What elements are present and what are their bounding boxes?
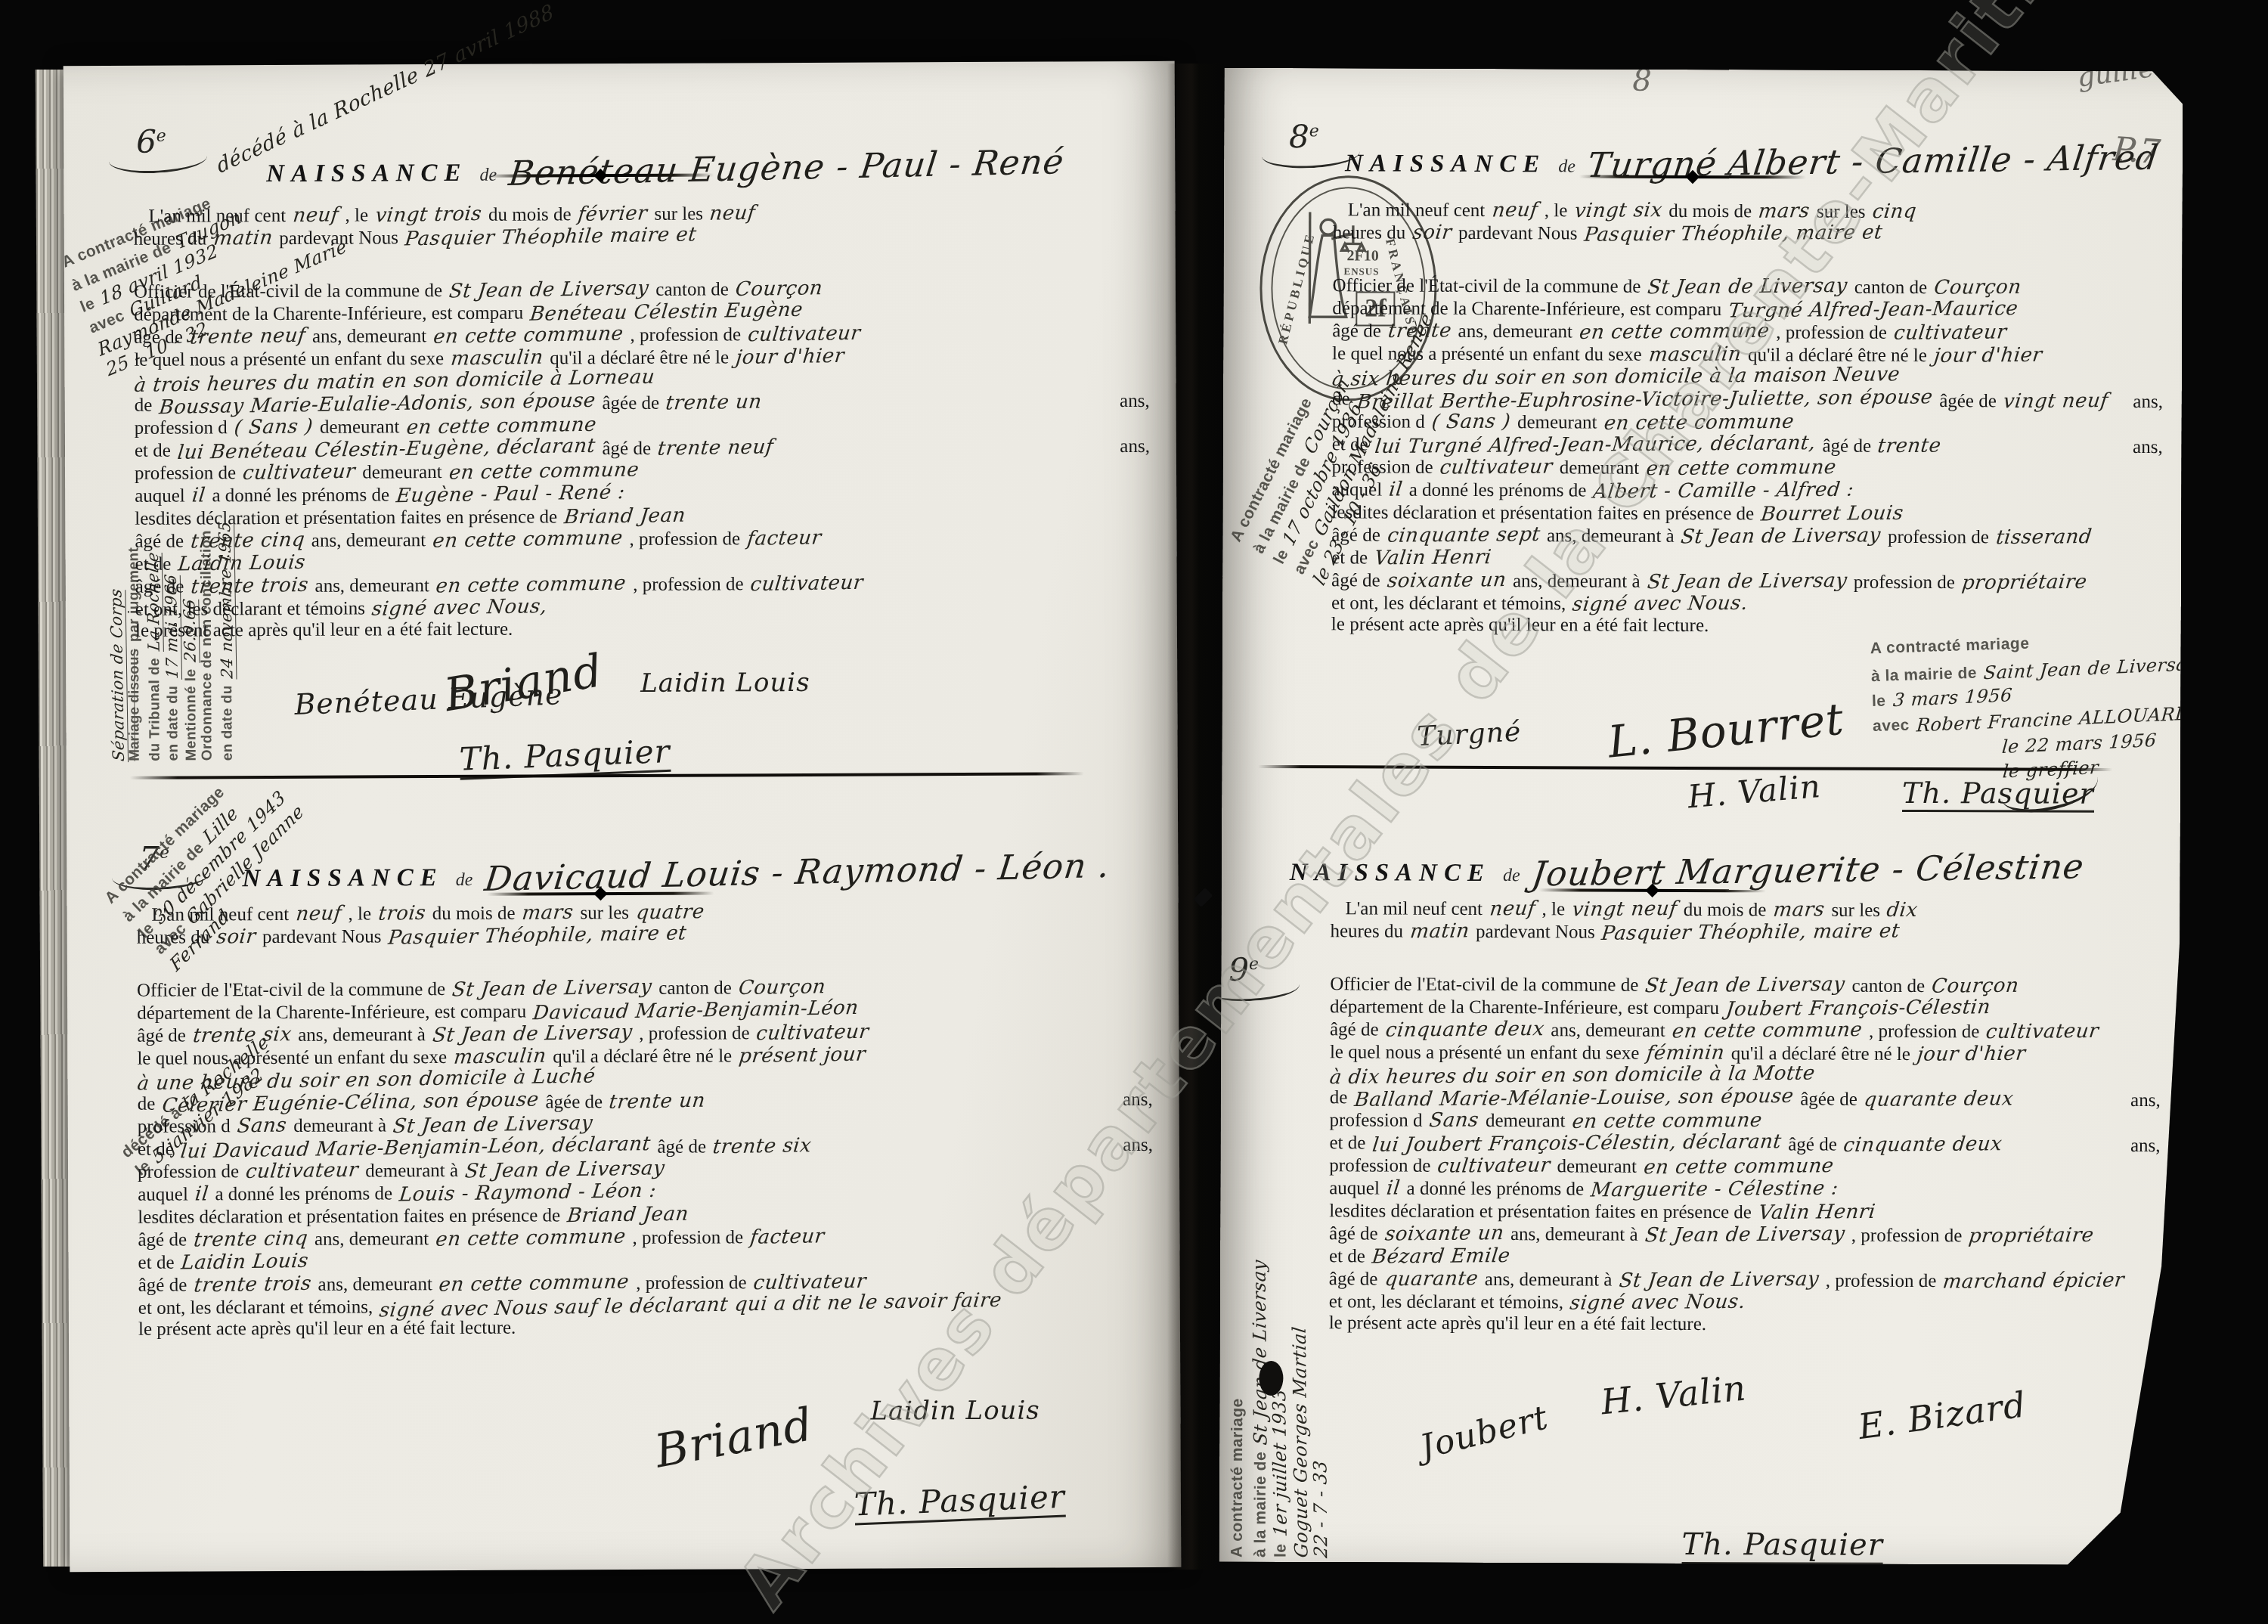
handwritten-text: cultivateur	[746, 322, 861, 347]
handwritten-text: en cette commune	[438, 1270, 630, 1296]
printed-form-text: ans, demeurant à	[1510, 1224, 1638, 1246]
handwritten-text: trente	[1876, 435, 1942, 458]
printed-form-text: ans, demeurant	[318, 1274, 432, 1296]
act-title-name: Benéteau Eugène - Paul - René	[507, 141, 1066, 194]
handwritten-text: Benéteau Célestin Eugène	[529, 299, 804, 326]
printed-form-text: profession d	[135, 417, 228, 439]
handwritten-text: Davicaud Marie-Benjamin-Léon	[532, 996, 860, 1024]
printed-form-text: ans, demeurant à	[298, 1024, 426, 1046]
handwritten-text: matin	[1408, 919, 1470, 943]
handwritten-text: trente trois	[193, 1272, 312, 1297]
printed-form-text: ans, demeurant à	[1513, 571, 1641, 593]
handwritten-text: Sans	[236, 1114, 288, 1138]
handwritten-text: jour d'hier	[1916, 1043, 2027, 1066]
text-line: à la mairie deSt Jean de Liversay	[1249, 1164, 1271, 1557]
printed-form-text: le quel nous a présenté un enfant du sex…	[1330, 1042, 1640, 1064]
handwritten-text: en cette commune	[432, 322, 624, 348]
birth-act-davicaud: 7e A contracté mariageà la mairie deLill…	[67, 817, 1181, 1572]
handwritten-text: St Jean de Liversay	[431, 1021, 633, 1046]
printed-form-text: L'an mil neuf cent	[148, 206, 286, 228]
handwritten-text: propriétaire	[1968, 1224, 2096, 1247]
handwritten-text: tisserand	[1994, 525, 2093, 549]
printed-form-text: , profession de	[633, 574, 744, 596]
handwritten-text: St Jean de Liversay	[448, 277, 649, 302]
text-line: Officier de l'Etat-civil de la commune d…	[1330, 972, 2167, 998]
handwritten-text: Turgné Alfred-Jean-Maurice	[1727, 297, 2019, 322]
handwritten-text: quarante deux	[1863, 1087, 2015, 1111]
printed-form-text: profession de	[135, 463, 236, 485]
printed-form-text: demeurant	[320, 417, 400, 438]
signature: Laidin Louis	[640, 668, 810, 699]
handwritten-text: cultivateur	[749, 572, 864, 597]
handwritten-text: Albert - Camille - Alfred :	[1592, 479, 1855, 504]
handwritten-text: en cette commune	[435, 572, 627, 597]
printed-form-text: âgé de	[1331, 525, 1380, 546]
printed-form-text: heures du	[1330, 921, 1403, 942]
handwritten-text: signé avec Nous.	[1572, 592, 1749, 616]
printed-form-text: et de	[1332, 434, 1368, 455]
text-line: le1er juillet 1933	[1269, 1164, 1291, 1557]
printed-form-text: le quel nous a présenté un enfant du sex…	[134, 349, 444, 371]
printed-form-text: ans,	[2133, 437, 2163, 458]
printed-form-text: le présent acte après qu'il leur en a ét…	[1329, 1313, 1706, 1335]
handwritten-text: dix	[1885, 899, 1919, 922]
printed-form-text: âgé de	[1329, 1269, 1378, 1290]
handwritten-text: trente neuf	[188, 324, 306, 349]
text-line: le présent acte après qu'il leur en a ét…	[1331, 614, 2169, 640]
printed-form-text: département de la Charente-Inférieure, e…	[1330, 996, 1719, 1019]
printed-form-text: , profession de	[630, 324, 741, 346]
printed-form-text: de	[138, 1094, 156, 1115]
text-line: heures dusoirpardevant NousPasquier Théo…	[1333, 221, 2170, 246]
text-line: âgé decinquante deuxans, demeuranten cet…	[1330, 1018, 2167, 1043]
printed-form-text: auquel	[135, 486, 185, 507]
handwritten-text: ( Sans )	[233, 415, 314, 439]
handwritten-text: Briand Jean	[562, 504, 686, 529]
printed-form-text: profession de	[1332, 457, 1433, 478]
handwritten-text: trente un	[665, 390, 763, 414]
handwritten-text: Briand Jean	[565, 1203, 689, 1228]
text-line: âgé decinquante septans, demeurant àSt J…	[1331, 523, 2169, 549]
act-title-de: de	[1558, 157, 1576, 177]
act-number: 9e	[1228, 951, 1300, 1001]
printed-form-text: et de	[135, 554, 171, 575]
printed-form-text: demeurant	[1557, 1156, 1637, 1177]
handwritten-text: présent jour	[738, 1043, 867, 1068]
text-line: département de la Charente-Inférieure, e…	[1330, 995, 2167, 1021]
text-line: L'an mil neuf centneuf, levingt neufdu m…	[1331, 897, 2168, 922]
handwritten-text: féminin	[1645, 1041, 1726, 1065]
printed-form-text: et de	[138, 1253, 175, 1274]
printed-form-text: et ont, les déclarant et témoins	[135, 598, 365, 620]
printed-form-text: le quel nous a présenté un enfant du sex…	[1332, 343, 1642, 365]
signature: Joubert	[1417, 1398, 1553, 1467]
handwritten-text: cultivateur	[1439, 455, 1554, 479]
handwritten-text: cultivateur	[1436, 1154, 1552, 1177]
signature: Th. Pasquier	[459, 733, 671, 780]
printed-form-text: ans,	[1120, 391, 1150, 412]
handwritten-text: ( Sans )	[1430, 410, 1512, 433]
stamp-text: à la mairie de	[1252, 1452, 1270, 1557]
printed-form-text: du mois de	[1684, 900, 1767, 921]
printed-form-text: et ont, les déclarant et témoins,	[1331, 593, 1566, 615]
handwritten-text: Marguerite - Célestine :	[1590, 1177, 1840, 1202]
printed-form-text: a donné les prénoms de	[215, 1183, 392, 1205]
act-body-text: L'an mil neuf centneuf, levingt sixdu mo…	[1331, 198, 2170, 640]
printed-form-text: , profession de	[1776, 322, 1887, 344]
handwritten-text: trente	[1387, 319, 1452, 342]
handwritten-text: cultivateur	[244, 1159, 359, 1184]
handwritten-text: Pasquier Théophile, maire et	[1583, 221, 1884, 246]
signature: Th. Pasquier	[854, 1478, 1066, 1526]
handwritten-text: il	[191, 484, 206, 507]
handwritten-text: Goguet Georges Martial	[1289, 1325, 1312, 1559]
handwritten-text: facteur	[745, 526, 822, 550]
printed-form-text: heures du	[1333, 222, 1406, 243]
printed-form-text: âgé de	[1330, 1019, 1379, 1040]
title-flourish	[487, 891, 714, 895]
text-line: le présent acte après qu'il leur en a ét…	[135, 616, 1157, 643]
printed-form-text: , profession de	[632, 1227, 743, 1249]
printed-form-text: âgé de	[1822, 436, 1871, 457]
printed-form-text: L'an mil neuf cent	[1346, 898, 1483, 920]
printed-form-text: pardevant Nous	[1476, 922, 1595, 944]
handwritten-text: Courçon	[734, 277, 823, 301]
printed-form-text: âgé de	[602, 439, 651, 460]
text-line: âgé dequaranteans, demeurant àSt Jean de…	[1329, 1267, 2167, 1293]
printed-form-text: pardevant Nous	[262, 926, 382, 948]
printed-form-text: lesdites déclaration et présentation fai…	[135, 507, 557, 529]
text-line: et delui Joubert François-Célestin, décl…	[1329, 1131, 2167, 1157]
printed-form-text: demeurant à	[293, 1115, 386, 1137]
printed-form-text: profession de	[1888, 527, 1989, 548]
printed-form-text: Officier de l'Etat-civil de la commune d…	[1330, 974, 1638, 996]
handwritten-text: Laidin Louis	[180, 1250, 310, 1275]
printed-form-text: canton de	[1854, 277, 1928, 299]
printed-form-text: âgé de	[1331, 570, 1380, 591]
printed-form-text: ans, demeurant	[1458, 321, 1572, 343]
printed-form-text: ans,	[2130, 1090, 2161, 1111]
handwritten-text: trois	[377, 902, 427, 925]
handwritten-text: masculin	[449, 346, 544, 370]
printed-form-text: et ont, les déclarant et témoins,	[138, 1297, 373, 1319]
text-line: heures dusoirpardevant NousPasquier Théo…	[137, 922, 1159, 949]
signature-block: BriandLaidin LouisTh. Pasquier	[114, 1392, 1173, 1570]
text-line: auquelila donné les prénoms deAlbert - C…	[1331, 478, 2169, 504]
handwritten-text: lui Joubert François-Célestin, déclarant	[1371, 1130, 1783, 1157]
printed-form-text: âgée de	[545, 1092, 603, 1113]
text-line: département de la Charente-Inférieure, e…	[1332, 296, 2170, 322]
handwritten-text: Louis - Raymond - Léon :	[398, 1179, 658, 1207]
printed-form-text: le quel nous a présenté un enfant du sex…	[137, 1047, 447, 1070]
printed-form-text: du mois de	[1668, 201, 1752, 222]
text-line: âgé desoixante unans, demeurant àSt Jean…	[1329, 1222, 2167, 1247]
handwritten-text: neuf	[291, 203, 339, 227]
handwritten-text: Courçon	[1930, 975, 2020, 998]
printed-form-text: , profession de	[1826, 1271, 1937, 1293]
printed-form-text: et de	[1329, 1133, 1365, 1154]
handwritten-text: il	[194, 1182, 209, 1205]
act-title-printed: NAISSANCE	[266, 160, 467, 188]
printed-form-text: demeurant	[1486, 1111, 1566, 1132]
handwritten-text: vingt neuf	[1570, 897, 1678, 921]
printed-form-text: de	[1330, 1087, 1348, 1108]
printed-form-text: âgé de	[137, 1026, 186, 1047]
text-line: A contracté mariage	[1228, 1164, 1250, 1557]
handwritten-text: jour d'hier	[1932, 344, 2043, 367]
printed-form-text: âgée de	[602, 393, 659, 414]
handwritten-text: St Jean de Liversay	[1644, 1223, 1846, 1247]
register-right-page: 8 guille P.7 8e RÉPUBLIQUE FRANÇAISE	[1219, 68, 2183, 1565]
printed-form-text: ans, demeurant	[312, 326, 426, 348]
text-line: et delui Turgné Alfred-Jean-Maurice, déc…	[1332, 432, 2170, 458]
handwritten-text: matin	[212, 227, 274, 250]
act-title-name: Joubert Marguerite - Célestine	[1529, 846, 2087, 894]
text-line: Goguet Georges Martial	[1290, 1164, 1312, 1557]
birth-act-joubert: 9e A contracté mariageà la mairie deSt J…	[1219, 847, 2180, 1565]
printed-form-text: âgée de	[1800, 1089, 1857, 1110]
printed-form-text: lesdites déclaration et présentation fai…	[138, 1205, 560, 1228]
handwritten-text: vingt six	[1573, 199, 1663, 222]
text-line: deBalland Marie-Mélanie-Louise, son épou…	[1330, 1086, 2167, 1111]
handwritten-text: trente cinq	[192, 1227, 308, 1252]
printed-form-text: canton de	[1851, 976, 1925, 997]
act-title-name: Davicaud Louis - Raymond - Léon .	[482, 845, 1112, 899]
act-body-text: L'an mil neuf centneuf, letroisdu mois d…	[136, 899, 1160, 1342]
handwritten-text: en cette commune	[1645, 456, 1838, 480]
handwritten-text: Courçon	[737, 975, 826, 1000]
handwritten-text: St Jean de Liversay	[451, 975, 652, 1001]
handwritten-text: Séparation de Corps	[107, 587, 129, 762]
printed-form-text: de	[135, 395, 153, 417]
handwritten-text: février	[577, 202, 649, 226]
text-line: et deBézard Emile	[1329, 1244, 2167, 1270]
printed-form-text: profession d	[138, 1116, 231, 1138]
handwritten-text: soixante un	[1386, 569, 1507, 592]
printed-form-text: canton de	[658, 978, 732, 999]
handwritten-text: quarante	[1383, 1267, 1479, 1291]
printed-form-text: auquel	[138, 1185, 188, 1206]
printed-form-text: Officier de l'Etat-civil de la commune d…	[137, 979, 445, 1002]
text-line: lesdites déclaration et présentation fai…	[1329, 1199, 2167, 1225]
printed-form-text: âgé de	[1332, 321, 1381, 342]
text-line: profession decultivateurdemeuranten cett…	[1329, 1154, 2167, 1179]
text-line: âgé detrenteans, demeuranten cette commu…	[1332, 319, 2170, 345]
text-line: heures dumatinpardevant NousPasquier Thé…	[134, 223, 1156, 250]
handwritten-text: Laidin Louis	[177, 551, 307, 576]
handwritten-text: en cette commune	[432, 526, 624, 552]
printed-form-text: et de	[1329, 1246, 1365, 1267]
handwritten-text: cinquante sept	[1386, 523, 1541, 547]
text-line: L'an mil neuf centneuf, levingt sixdu mo…	[1333, 198, 2170, 224]
handwritten-text: signé avec Nous,	[370, 595, 548, 621]
printed-form-text: a donné les prénoms de	[1409, 480, 1587, 502]
text-line: deBreillat Berthe-Euphrosine-Victoire-Ju…	[1332, 387, 2170, 413]
text-line: et ont, les déclarant et témoins,signé a…	[1331, 591, 2169, 617]
handwritten-text: neuf	[1491, 199, 1539, 222]
printed-form-text: et de	[138, 1139, 174, 1161]
handwritten-text: neuf	[295, 902, 343, 925]
handwritten-text: lui Turgné Alfred-Jean-Maurice, déclaran…	[1374, 432, 1817, 458]
printed-form-text: ans,	[2130, 1136, 2161, 1157]
printed-form-text: ans, demeurant à	[1547, 525, 1675, 547]
handwritten-text: trente trois	[190, 574, 309, 599]
handwritten-text: mars	[1772, 898, 1826, 922]
handwritten-text: cinquante deux	[1842, 1133, 2003, 1157]
printed-form-text: canton de	[655, 279, 729, 300]
printed-form-text: , le	[345, 205, 369, 226]
printed-form-text: le présent acte après qu'il leur en a ét…	[138, 1318, 516, 1340]
printed-form-text: profession d	[1330, 1110, 1423, 1131]
signature: Th. Pasquier	[1682, 1527, 1883, 1565]
signature: H. Valin	[1599, 1367, 1748, 1422]
text-line: lesdites déclaration et présentation fai…	[1331, 501, 2169, 526]
printed-form-text: pardevant Nous	[279, 228, 398, 249]
printed-form-text: âgé de	[135, 532, 184, 553]
printed-form-text: , profession de	[636, 1272, 747, 1294]
handwritten-text: St Jean de Liversay	[1618, 1268, 1820, 1292]
text-line: à six heures du soir en son domicile à l…	[1332, 364, 2170, 390]
act-title-de: de	[456, 870, 473, 891]
handwritten-text: signé avec Nous.	[1569, 1291, 1746, 1315]
birth-act-turgne: 8 guille P.7 8e RÉPUBLIQUE FRANÇAISE	[1222, 68, 2183, 782]
printed-form-text: L'an mil neuf cent	[1348, 200, 1486, 222]
handwritten-text: en cette commune	[1578, 320, 1771, 344]
printed-form-text: profession de	[1854, 572, 1955, 594]
printed-form-text: ans, demeurant	[311, 530, 426, 552]
handwritten-text: cultivateur	[1985, 1020, 2101, 1043]
handwritten-text: cinquante deux	[1384, 1018, 1545, 1042]
printed-form-text: , le	[1545, 200, 1568, 222]
printed-form-text: lesdites déclaration et présentation fai…	[1331, 502, 1754, 525]
signature: H. Valin	[1686, 767, 1822, 816]
handwritten-text: facteur	[748, 1225, 825, 1249]
text-line: et deValin Henri	[1331, 546, 2169, 572]
handwritten-text: vingt trois	[374, 203, 483, 227]
printed-form-text: a donné les prénoms de	[1407, 1179, 1585, 1201]
printed-form-text: âgé de	[138, 1230, 187, 1251]
text-line: auquelila donné les prénoms deMarguerite…	[1329, 1176, 2167, 1202]
handwritten-text: trente cinq	[189, 528, 305, 553]
stamp-text: A contracté mariage	[1228, 1398, 1247, 1557]
act-number: 6e	[136, 122, 207, 172]
margin-note-marriage-stamp: A contracté mariageà la mairie deSt Jean…	[1228, 1164, 1332, 1557]
text-line: profession decultivateurdemeuranten cett…	[1332, 455, 2170, 481]
printed-form-text: ans, demeurant à	[1485, 1269, 1613, 1291]
handwritten-text: trente six	[191, 1023, 293, 1047]
printed-form-text: ans,	[1123, 1135, 1153, 1156]
handwritten-text: Balland Marie-Mélanie-Louise, son épouse	[1353, 1085, 1795, 1111]
printed-form-text: sur les	[1817, 202, 1866, 223]
act-title: NAISSANCE de Davicaud Louis - Raymond - …	[242, 851, 1110, 894]
handwritten-text: soir	[215, 925, 257, 949]
birth-act-beneteau: 6e décédé à la Rochelle 27 avril 1988 A …	[64, 61, 1178, 792]
printed-form-text: , profession de	[629, 528, 740, 550]
text-line: le présent acte après qu'il leur en a ét…	[138, 1315, 1160, 1342]
handwritten-text: Pasquier Théophile, maire et	[387, 922, 688, 950]
printed-form-text: profession de	[138, 1161, 239, 1183]
text-line: âgé desoixante unans, demeurant àSt Jean…	[1331, 569, 2169, 594]
printed-form-text: demeurant	[1560, 457, 1640, 479]
handwritten-text: vingt neuf	[2002, 389, 2109, 413]
printed-form-text: de	[1332, 389, 1350, 410]
handwritten-text: trente un	[608, 1089, 706, 1114]
handwritten-text: 1er juillet 1933	[1269, 1388, 1291, 1538]
handwritten-text: en cette commune	[1642, 1154, 1835, 1179]
printed-form-text: le présent acte après qu'il leur en a ét…	[135, 619, 513, 642]
handwritten-text: St Jean de Liversay	[1647, 274, 1849, 299]
handwritten-text: quatre	[634, 900, 705, 925]
printed-form-text: a donné les prénoms de	[212, 485, 389, 507]
printed-form-text: Officier de l'État-civil de la commune d…	[1332, 275, 1641, 297]
handwritten-text: en cette commune	[1671, 1018, 1864, 1043]
signature-block: JoubertH. ValinE. BizardTh. Pasquier	[1318, 1346, 2180, 1565]
printed-form-text: ans, demeurant	[1551, 1020, 1665, 1042]
handwritten-text: Joubert François-Célestin	[1724, 996, 1991, 1021]
handwritten-text: cultivateur	[1892, 321, 2008, 344]
printed-form-text: âgé de	[1788, 1134, 1837, 1155]
pencil-scribble: guille	[2075, 52, 2156, 93]
handwritten-text: en cette commune	[1603, 411, 1795, 435]
printed-form-text: âgé de	[1329, 1223, 1378, 1244]
printed-form-text: profession de	[1329, 1155, 1430, 1176]
printed-form-text: lesdites déclaration et présentation fai…	[1329, 1201, 1752, 1223]
text-line: et ont, les déclarant et témoins,signé a…	[1329, 1290, 2167, 1316]
printed-form-text: demeurant	[362, 462, 442, 483]
printed-form-text: âgé de	[135, 577, 184, 598]
printed-form-text: L'an mil neuf cent	[152, 904, 290, 926]
printed-form-text: pardevant Nous	[1458, 223, 1578, 245]
printed-form-text: ans, demeurant	[314, 575, 429, 597]
handwritten-text: St Jean de Liversay	[1248, 1259, 1271, 1446]
printed-form-text: auquel	[1331, 479, 1382, 501]
printed-form-text: et ont, les déclarant et témoins,	[1329, 1291, 1563, 1313]
printed-form-text: demeurant à	[365, 1161, 458, 1182]
act-title: NAISSANCE de Joubert Marguerite - Célest…	[1290, 848, 2084, 891]
printed-form-text: âgé de	[134, 327, 183, 349]
handwritten-text: soir	[1411, 222, 1452, 244]
printed-form-text: âgé de	[138, 1275, 187, 1297]
printed-form-text: , le	[349, 903, 372, 925]
printed-form-text: auquel	[1329, 1178, 1380, 1199]
printed-form-text: département de la Charente-Inférieure, e…	[134, 303, 523, 326]
handwritten-text: il	[1387, 478, 1403, 501]
handwritten-text: masculin	[1647, 342, 1743, 366]
handwritten-text: St Jean de Liversay	[1680, 524, 1882, 548]
handwritten-text: Pasquier Théophile, maire et	[1600, 919, 1901, 944]
handwritten-text: jour d'hier	[735, 345, 845, 369]
handwritten-text: cultivateur	[755, 1021, 870, 1046]
printed-form-text: demeurant	[1517, 412, 1597, 433]
printed-form-text: du mois de	[488, 204, 572, 225]
handwritten-text: marchand épicier	[1942, 1269, 2127, 1293]
printed-form-text: ans,	[2133, 392, 2163, 413]
handwritten-text: soixante un	[1383, 1222, 1505, 1245]
printed-form-text: département de la Charente-Inférieure, e…	[137, 1002, 526, 1024]
signature: E. Bizard	[1856, 1384, 2029, 1447]
handwritten-text: Courçon	[1933, 276, 2023, 299]
signature: Laidin Louis	[870, 1396, 1040, 1427]
civil-register-photo: 6e décédé à la Rochelle 27 avril 1988 A …	[0, 0, 2268, 1624]
handwritten-text: il	[1385, 1176, 1401, 1199]
register-left-page: 6e décédé à la Rochelle 27 avril 1988 A …	[64, 61, 1182, 1572]
printed-form-text: profession d	[1332, 411, 1425, 432]
act-body-text: L'an mil neuf centneuf, levingt neufdu m…	[1329, 897, 2168, 1338]
handwritten-text: Valin Henri	[1373, 546, 1492, 569]
printed-form-text: âgée de	[1939, 391, 1997, 412]
handwritten-text: Valin Henri	[1757, 1201, 1876, 1224]
printed-form-text: sur les	[654, 204, 703, 225]
